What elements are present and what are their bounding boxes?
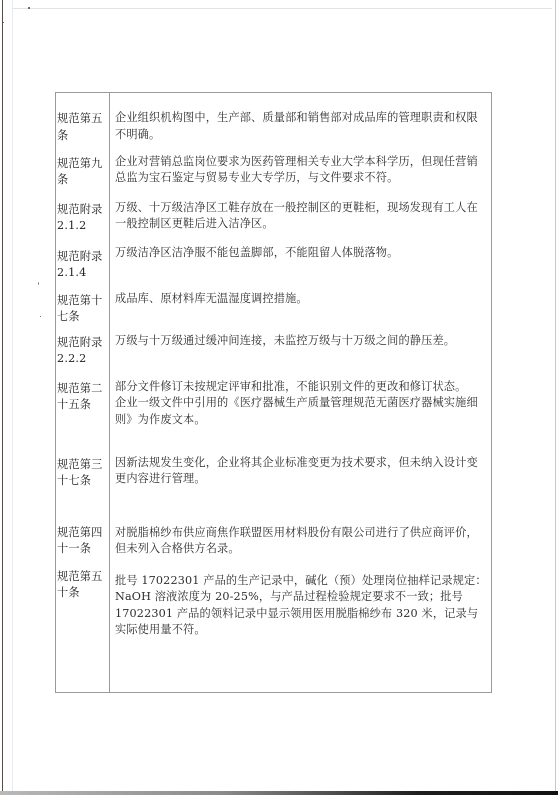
scan-speck [3,22,4,23]
table-row: 规范第三 十七条 因新法规发生变化，企业将其企业标准变更为技术要求，但未纳入设计… [56,451,492,519]
finding-text: 万级、十万级洁净区工鞋存放在一般控制区的更鞋柜，现场发现有工人在一般控制区更鞋后… [115,200,489,233]
scan-top-edge [12,8,552,9]
clause-cell: 规范第二 十五条 [56,369,110,451]
finding-text: 因新法规发生变化，企业将其企业标准变更为技术要求，但未纳入设计变更内容进行管理。 [115,455,489,488]
scan-right-edge [555,0,556,795]
finding-cell: 万级洁净区洁净服不能包盖脚部，不能阻留人体脱落物。 [110,239,492,283]
clause-label: 规范第四 十一条 [57,525,109,558]
clause-cell: 规范第四 十一条 [56,519,110,565]
findings-table-container: 规范第五 条 企业组织机构图中，生产部、质量部和销售部对成品库的管理职责和权限不… [55,92,491,693]
clause-cell: 规范第三 十七条 [56,451,110,519]
clause-cell: 规范第九 条 [56,148,110,194]
finding-cell: 对脱脂棉纱布供应商焦作联盟医用材料股份有限公司进行了供应商评价，但未列入合格供方… [110,519,492,565]
clause-label: 规范附录 2.2.2 [57,335,109,368]
table-row: 规范附录 2.1.4 万级洁净区洁净服不能包盖脚部，不能阻留人体脱落物。 [56,239,492,283]
clause-cell: 规范附录 2.2.2 [56,327,110,369]
clause-label: 规范第五 十条 [57,569,109,602]
scan-left-edge [2,0,3,795]
table-row: 规范第二 十五条 部分文件修订未按规定评审和批准，不能识别文件的更改和修订状态。… [56,369,492,451]
finding-text: 成品库、原材料库无温湿度调控措施。 [115,291,489,308]
table-row: 规范附录 2.2.2 万级与十万级通过缓冲间连接，未监控万级与十万级之间的静压差… [56,327,492,369]
finding-text: 批号 17022301 产品的生产记录中，碱化（预）处理岗位抽样记录规定：NaO… [115,573,489,639]
finding-cell: 批号 17022301 产品的生产记录中，碱化（预）处理岗位抽样记录规定：NaO… [110,565,492,693]
scan-speck [28,7,30,9]
clause-cell: 规范第五 十条 [56,565,110,693]
clause-label: 规范第三 十七条 [57,457,109,490]
clause-cell: 规范第五 条 [56,93,110,148]
scan-bottom-edge [0,791,558,795]
table-row: 规范第五 十条 批号 17022301 产品的生产记录中，碱化（预）处理岗位抽样… [56,565,492,693]
table-row: 规范附录 2.1.2 万级、十万级洁净区工鞋存放在一般控制区的更鞋柜，现场发现有… [56,194,492,239]
finding-text: 对脱脂棉纱布供应商焦作联盟医用材料股份有限公司进行了供应商评价，但未列入合格供方… [115,525,489,558]
clause-label: 规范附录 2.1.2 [57,202,109,235]
finding-text: 企业对营销总监岗位要求为医药管理相关专业大学本科学历，但现任营销总监为宝石鉴定与… [115,154,489,187]
finding-cell: 企业组织机构图中，生产部、质量部和销售部对成品库的管理职责和权限不明确。 [110,93,492,148]
clause-cell: 规范附录 2.1.4 [56,239,110,283]
finding-cell: 因新法规发生变化，企业将其企业标准变更为技术要求，但未纳入设计变更内容进行管理。 [110,451,492,519]
clause-label: 规范第五 条 [57,111,109,144]
scan-speck [40,316,41,317]
finding-cell: 万级、十万级洁净区工鞋存放在一般控制区的更鞋柜，现场发现有工人在一般控制区更鞋后… [110,194,492,239]
finding-cell: 万级与十万级通过缓冲间连接，未监控万级与十万级之间的静压差。 [110,327,492,369]
table-row: 规范第四 十一条 对脱脂棉纱布供应商焦作联盟医用材料股份有限公司进行了供应商评价… [56,519,492,565]
clause-cell: 规范附录 2.1.2 [56,194,110,239]
scanned-page: 规范第五 条 企业组织机构图中，生产部、质量部和销售部对成品库的管理职责和权限不… [0,0,558,795]
scan-margin-line [12,0,13,795]
finding-cell: 企业对营销总监岗位要求为医药管理相关专业大学本科学历，但现任营销总监为宝石鉴定与… [110,148,492,194]
finding-cell: 部分文件修订未按规定评审和批准，不能识别文件的更改和修订状态。 企业一级文件中引… [110,369,492,451]
table-row: 规范第十 七条 成品库、原材料库无温湿度调控措施。 [56,283,492,327]
findings-table: 规范第五 条 企业组织机构图中，生产部、质量部和销售部对成品库的管理职责和权限不… [55,92,492,693]
finding-text: 万级洁净区洁净服不能包盖脚部，不能阻留人体脱落物。 [115,245,489,262]
scan-speck [38,282,39,285]
finding-text: 部分文件修订未按规定评审和批准，不能识别文件的更改和修订状态。 企业一级文件中引… [115,379,489,429]
clause-label: 规范附录 2.1.4 [57,249,109,282]
finding-text: 万级与十万级通过缓冲间连接，未监控万级与十万级之间的静压差。 [115,333,489,350]
finding-cell: 成品库、原材料库无温湿度调控措施。 [110,283,492,327]
table-row: 规范第五 条 企业组织机构图中，生产部、质量部和销售部对成品库的管理职责和权限不… [56,93,492,148]
table-row: 规范第九 条 企业对营销总监岗位要求为医药管理相关专业大学本科学历，但现任营销总… [56,148,492,194]
clause-label: 规范第九 条 [57,156,109,189]
clause-cell: 规范第十 七条 [56,283,110,327]
clause-label: 规范第十 七条 [57,293,109,326]
finding-text: 企业组织机构图中，生产部、质量部和销售部对成品库的管理职责和权限不明确。 [115,110,489,143]
clause-label: 规范第二 十五条 [57,381,109,414]
